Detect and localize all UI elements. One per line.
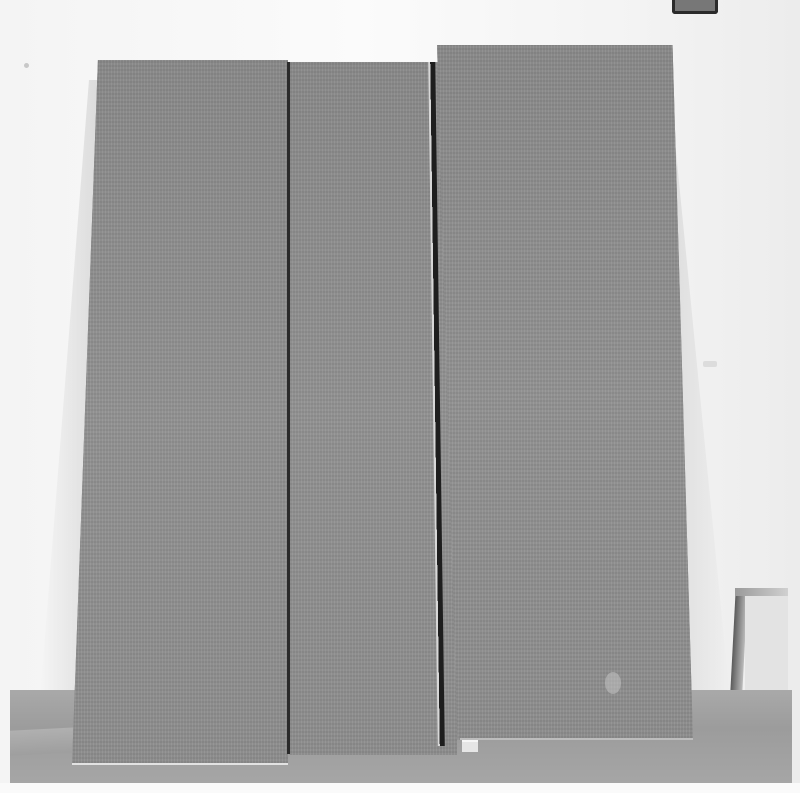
right-panel-bottom-edge (460, 738, 693, 740)
left-panel-bottom-edge (72, 763, 288, 765)
left-panel (72, 60, 288, 765)
panel-gap-left (287, 62, 290, 754)
pedestal-top (735, 588, 788, 596)
spacer-block (462, 740, 478, 752)
hanging-frame (672, 0, 718, 14)
photo-scene (0, 0, 800, 793)
wall-label (703, 361, 717, 367)
right-panel (437, 45, 693, 740)
photo-border (0, 783, 800, 793)
pedestal (733, 588, 788, 690)
pedestal-front (745, 596, 788, 690)
panel-scuff (605, 672, 621, 694)
wall-nail (24, 63, 29, 68)
